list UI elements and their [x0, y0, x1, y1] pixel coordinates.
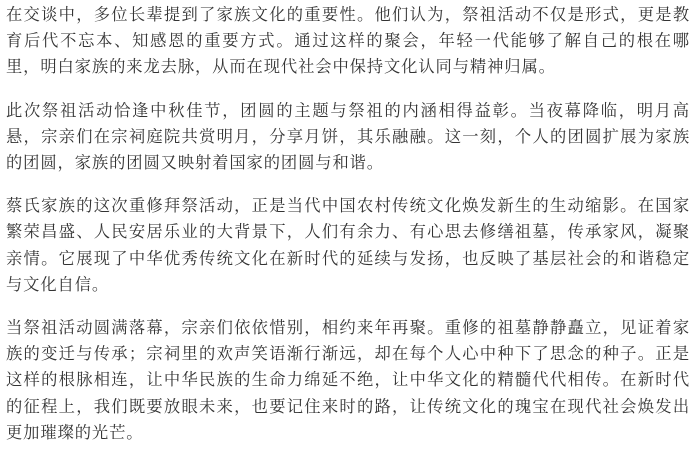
paragraph-mid-autumn: 此次祭祖活动恰逢中秋佳节，团圆的主题与祭祖的内涵相得益彰。当夜幕降临，明月高悬，…: [6, 98, 690, 177]
article-body: 在交谈中，多位长辈提到了家族文化的重要性。他们认为，祭祖活动不仅是形式，更是教育…: [0, 0, 690, 446]
paragraph-family-culture: 在交谈中，多位长辈提到了家族文化的重要性。他们认为，祭祖活动不仅是形式，更是教育…: [6, 2, 690, 81]
paragraph-cai-family: 蔡氏家族的这次重修拜祭活动，正是当代中国农村传统文化焕发新生的生动缩影。在国家繁…: [6, 193, 690, 298]
paragraph-conclusion: 当祭祖活动圆满落幕，宗亲们依依惜别，相约来年再聚。重修的祖墓静静矗立，见证着家族…: [6, 315, 690, 446]
